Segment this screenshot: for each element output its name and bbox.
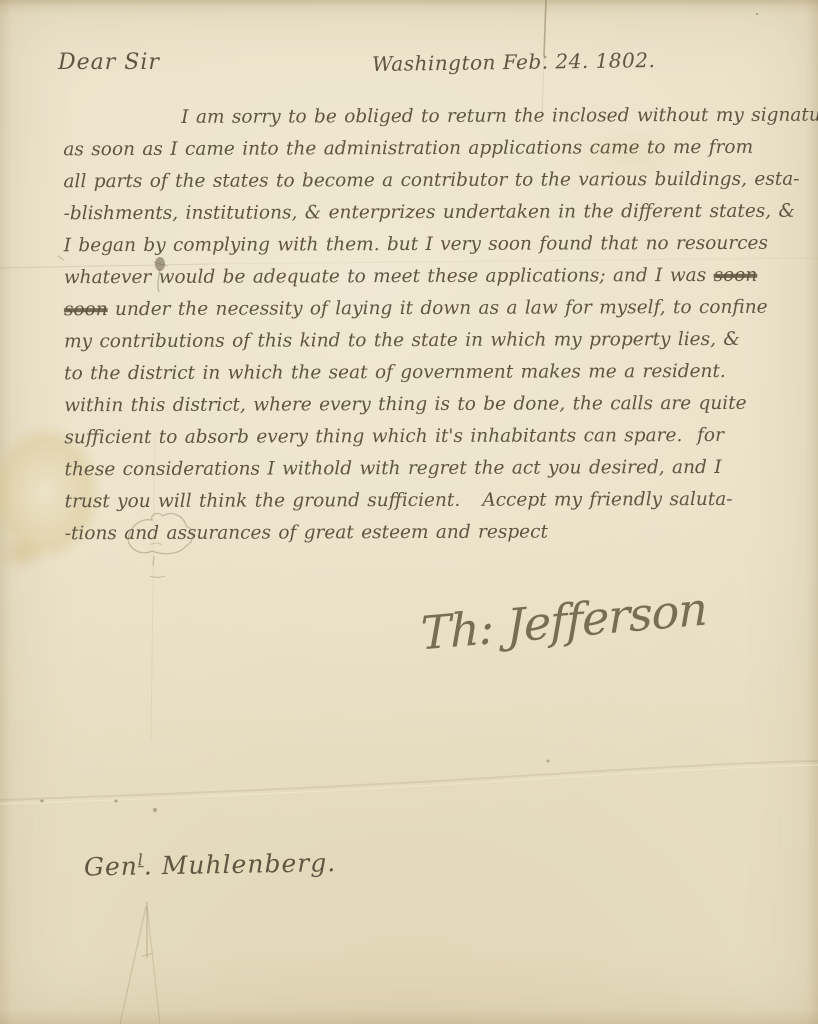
manuscript-line: trust you will think the ground sufficie… (65, 484, 769, 518)
manuscript-line: as soon as I came into the administratio… (63, 132, 767, 166)
manuscript-line: whatever would be adequate to meet these… (64, 260, 768, 294)
addressee-line: Genl. Muhlenberg. (84, 848, 337, 882)
manuscript-line: -tions and assurances of great esteem an… (65, 516, 769, 550)
manuscript-line: sufficient to absorb every thing which i… (64, 420, 768, 454)
manuscript-line: all parts of the states to become a cont… (63, 164, 767, 198)
paper-stain (0, 528, 56, 580)
manuscript-line: -blishments, institutions, & enterprizes… (64, 196, 768, 230)
manuscript-line: to the district in which the seat of gov… (64, 356, 768, 390)
salutation: Dear Sir (58, 50, 160, 75)
manuscript-line: I began by complying with them. but I ve… (64, 228, 768, 262)
manuscript-line: soon under the necessity of laying it do… (64, 292, 768, 326)
letter-body: I am sorry to be obliged to return the i… (63, 100, 769, 550)
letter-page: Dear Sir Washington Feb. 24. 1802. I am … (0, 0, 818, 1024)
manuscript-line: I am sorry to be obliged to return the i… (63, 100, 767, 134)
manuscript-line: within this district, where every thing … (64, 388, 768, 422)
dateline: Washington Feb. 24. 1802. (372, 48, 656, 76)
manuscript-line: my contributions of this kind to the sta… (64, 324, 768, 358)
manuscript-line: these considerations I withold with regr… (64, 452, 768, 486)
jefferson-signature: Th: Jefferson (420, 581, 707, 660)
